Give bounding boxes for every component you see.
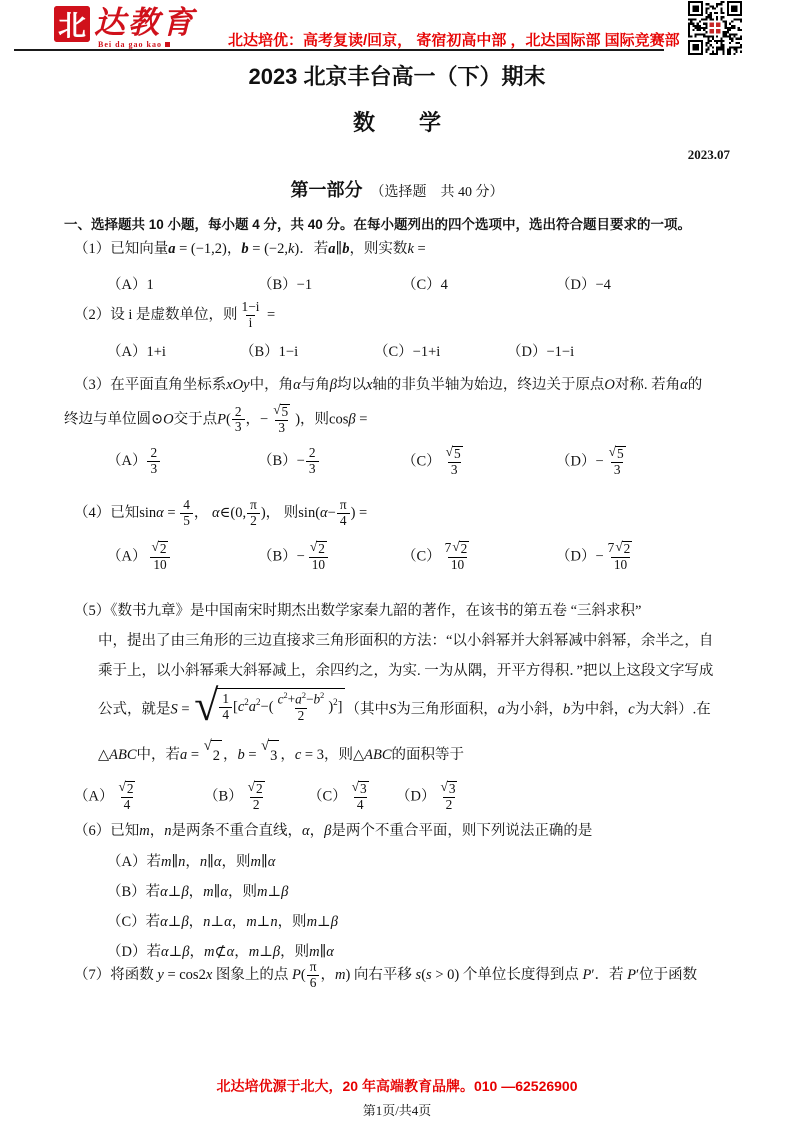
logo-text: 达教育 [94,6,196,40]
logo-subtitle: Bei da gao kao [98,40,196,49]
question-3: （3）在平面直角坐标系xOy中，角α与角β均以x轴的非负半轴为始边，终边关于原点… [64,374,758,478]
question-4: （4）已知sinα = 45， α∈(0,π2)， 则sin(α−π4) = （… [64,498,758,573]
question-6-stem: （6）已知m，n是两条不重合直线，α，β是两个不重合平面，则下列说法正确的是 [74,820,758,842]
question-1-option-a: （A）1 [107,274,258,296]
question-6-options: （A）若m∥n，n∥α，则m∥α （B）若α⊥β，m∥α，则m⊥β （C）若α⊥… [107,852,758,962]
question-6-option-b: （B）若α⊥β，m∥α，则m⊥β [107,882,758,902]
logo: 北 达教育 Bei da gao kao [54,6,196,49]
question-7-stem: （7）将函数 y = cos2x 图象上的点 P(π6，m) 向右平移 s(s … [74,960,758,991]
logo-dot-icon [165,42,170,47]
question-5-options: （A）24 （B）22 （C）34 （D）32 [74,781,758,813]
question-4-options: （A）210 （B）−210 （C）7210 （D）−7210 [107,541,758,573]
qr-code-icon [687,1,743,55]
question-1-option-c: （C）4 [402,274,556,296]
header-rule [14,49,664,51]
question-4-option-c: （C）7210 [402,541,556,573]
question-4-option-d: （D）−7210 [556,541,758,573]
question-2-option-c: （C）−1+i [374,341,507,363]
question-5-option-d: （D）32 [396,781,758,813]
question-3-option-d: （D）−53 [556,446,758,478]
question-2-options: （A）1+i （B）1−i （C）−1+i （D）−1−i [107,341,758,363]
exam-date: 2023.07 [688,147,730,163]
question-2-option-b: （B）1−i [240,341,374,363]
question-7: （7）将函数 y = cos2x 图象上的点 P(π6，m) 向右平移 s(s … [64,960,758,991]
question-5: （5）《数书九章》是中国南宋时期杰出数学家秦九韶的著作，在该书的第五卷 “三斜求… [64,596,758,813]
logo-seal-icon: 北 [54,6,90,42]
question-5-option-a: （A）24 [74,781,204,813]
question-3-options: （A）23 （B）−23 （C）53 （D）−53 [107,446,758,478]
question-3-stem-line1: （3）在平面直角坐标系xOy中，角α与角β均以x轴的非负半轴为始边，终边关于原点… [74,374,758,396]
exam-title: 2023 北京丰台高一（下）期末 [0,60,794,91]
question-1-options: （A）1 （B）−1 （C）4 （D）−4 [107,274,758,296]
question-5-option-c: （C）34 [308,781,396,813]
section-heading: 第一部分（选择题 共 40 分） [0,176,794,202]
question-6-option-a: （A）若m∥n，n∥α，则m∥α [107,852,758,872]
question-3-option-c: （C）53 [402,446,556,478]
question-2-stem: （2）设 i 是虚数单位，则1−ii = [74,300,758,331]
question-3-option-a: （A）23 [107,446,258,478]
question-3-stem-line2: 终边与单位圆⊙O交于点P(23，−53)，则cosβ = [64,404,758,436]
question-4-option-b: （B）−210 [258,541,402,573]
section-subtitle: （选择题 共 40 分） [371,185,504,200]
question-5-stem-line5: △ABC中，若a = 2，b = 3，c = 3，则△ABC的面积等于 [98,740,758,771]
page-number: 第1页/共4页 [0,1100,794,1119]
question-4-stem: （4）已知sinα = 45， α∈(0,π2)， 则sin(α−π4) = [74,498,758,529]
question-5-formula: 公式，就是S = 14[c2a2−(c2+a2−b22)2]（其中S为三角形面积… [98,688,758,732]
section-name: 第一部分 [291,180,363,200]
subject-title: 数 学 [0,106,794,137]
question-5-stem-line2: 中，提出了由三角形的三边直接求三角形面积的方法：“以小斜幂并大斜幂减中斜幂，余半… [98,626,758,656]
question-5-stem-line1: （5）《数书九章》是中国南宋时期杰出数学家秦九韶的著作，在该书的第五卷 “三斜求… [74,596,758,626]
question-1-option-d: （D）−4 [556,274,758,296]
question-2: （2）设 i 是虚数单位，则1−ii = （A）1+i （B）1−i （C）−1… [64,300,758,363]
question-2-option-a: （A）1+i [107,341,240,363]
question-2-option-d: （D）−1−i [507,341,758,363]
question-1-option-b: （B）−1 [258,274,402,296]
question-1: （1）已知向量a = (−1,2)，b = (−2,k)．若a∥b，则实数k =… [64,238,758,296]
question-5-option-b: （B）22 [204,781,308,813]
question-6-option-d: （D）若α⊥β，m⊄α，m⊥β，则m∥α [107,942,758,962]
header-banner: 北达培优：高考复读/回京， 寄宿初高中部 ，北达国际部 国际竞赛部 [228,29,680,50]
question-6: （6）已知m，n是两条不重合直线，α，β是两个不重合平面，则下列说法正确的是 （… [64,820,758,962]
question-1-stem: （1）已知向量a = (−1,2)，b = (−2,k)．若a∥b，则实数k = [74,238,758,260]
question-6-option-c: （C）若α⊥β，n⊥α，m⊥n，则m⊥β [107,912,758,932]
footer-slogan: 北达培优源于北大，20 年高端教育品牌。010 —62526900 [0,1076,794,1096]
exam-page: 北 达教育 Bei da gao kao 北达培优：高考复读/回京， 寄宿初高中… [0,0,794,1123]
section-instructions: 一、选择题共 10 小题，每小题 4 分，共 40 分。在每小题列出的四个选项中… [64,213,754,233]
question-4-option-a: （A）210 [107,541,258,573]
question-3-option-b: （B）−23 [258,446,402,478]
